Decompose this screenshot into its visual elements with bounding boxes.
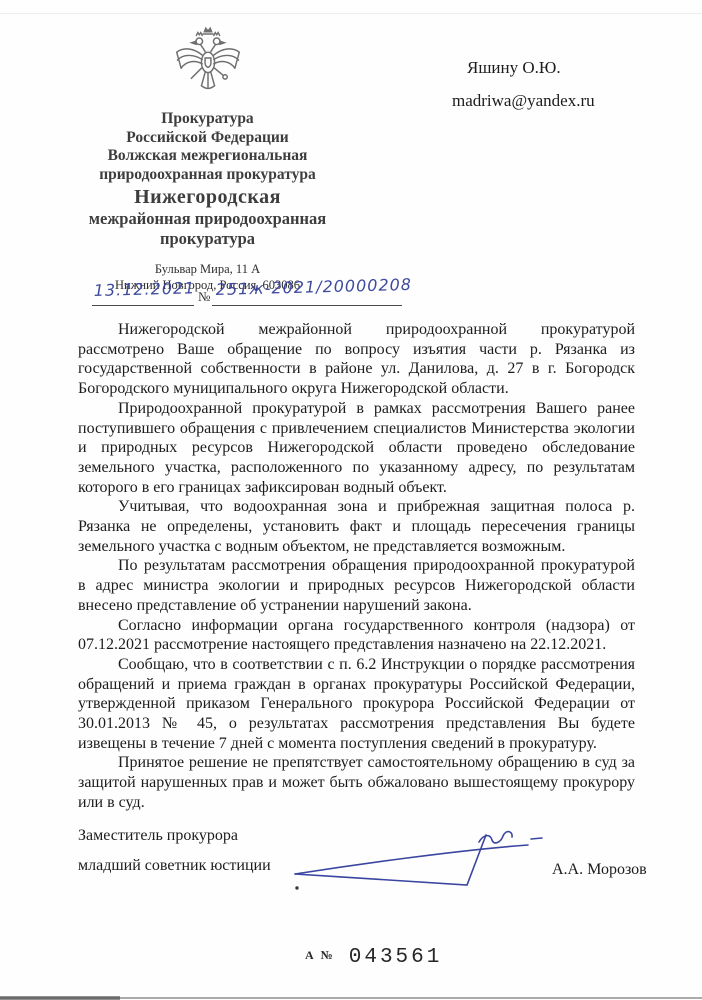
org-name-line: Российской Федерации [45, 129, 370, 148]
paragraph: По результатам рассмотрения обращения пр… [78, 556, 635, 615]
org-name-line: Волжская межрегиональная [45, 147, 370, 166]
letter-body: Нижегородской межрайонной природоохранно… [78, 320, 635, 813]
recipient-block: Яшину О.Ю. madriwa@yandex.ru [452, 58, 682, 111]
number-field: 251ж-2021/20000208 [212, 278, 402, 306]
handwritten-date: 13.12.2021 [94, 278, 196, 300]
russian-coat-of-arms-icon [171, 26, 245, 106]
org-name-sub: межрайонная природоохранная прокуратура [73, 209, 343, 249]
handwritten-signature [283, 822, 551, 902]
letterhead: ПрокуратураРоссийской ФедерацииВолжская … [45, 26, 370, 293]
signer-position-line2: младший советник юстиции [78, 857, 271, 875]
org-address-line1: Бульвар Мира, 11 А [45, 262, 370, 278]
scanned-letter-page: ПрокуратураРоссийской ФедерацииВолжская … [0, 0, 702, 1000]
org-name-line: Прокуратура [45, 110, 370, 129]
handwritten-number: 251ж-2021/20000208 [216, 275, 413, 299]
paragraph: Нижегородской межрайонной природоохранно… [78, 320, 635, 399]
stamp-number: 043561 [349, 946, 443, 969]
paragraph: Принятое решение не препятствует самосто… [78, 753, 635, 812]
form-series-stamp: А № 043561 [305, 946, 442, 969]
scan-artifact-corner [0, 996, 120, 1000]
date-field: 13.12.2021 [92, 278, 194, 306]
signer-name: А.А. Морозов [552, 861, 647, 879]
signer-position-line1: Заместитель прокурора [78, 827, 238, 845]
org-name-main: Нижегородская [45, 186, 370, 209]
org-name-lines: ПрокуратураРоссийской ФедерацииВолжская … [45, 110, 370, 184]
org-name-line: природоохранная прокуратура [45, 166, 370, 185]
stamp-series: А № [305, 948, 335, 962]
paragraph: Согласно информации органа государственн… [78, 616, 635, 655]
paragraph: Учитывая, что водоохранная зона и прибре… [78, 497, 635, 556]
reference-row: 13.12.2021 № 251ж-2021/20000208 [0, 278, 450, 310]
paragraph: Природоохранной прокуратурой в рамках ра… [78, 399, 635, 498]
number-label: № [198, 289, 210, 305]
paragraph: Сообщаю, что в соответствии с п. 6.2 Инс… [78, 655, 635, 754]
scan-artifact-top [0, 13, 702, 14]
recipient-name: Яшину О.Ю. [467, 58, 682, 78]
recipient-email: madriwa@yandex.ru [452, 91, 682, 111]
